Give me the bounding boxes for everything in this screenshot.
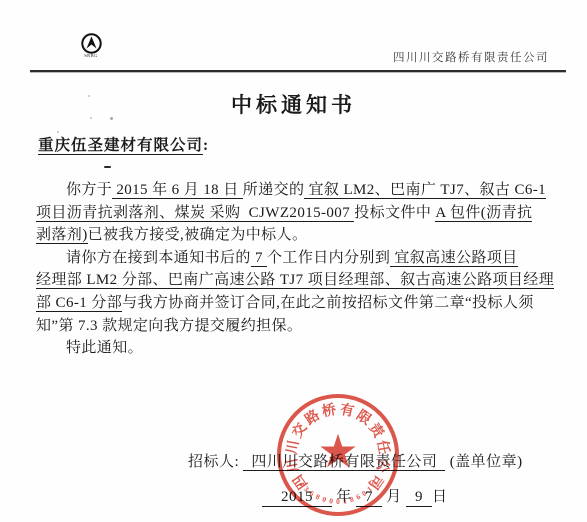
body-text: 与我方协商并签订合同,在此之前按招标文件第二章“投标人须 (122, 295, 534, 311)
filled-blank-text: 2015 年 6 月 18 日 (112, 182, 243, 199)
seal-note: (盖单位章) (450, 454, 523, 470)
body-line: 你方于 2015 年 6 月 18 日 所递交的 宜叙 LM2、巴南广 TJ7、… (36, 179, 563, 202)
date-day-label: 日 (432, 489, 448, 505)
filled-blank-text: 7 (251, 250, 267, 267)
seal-arc-char: 川 (284, 455, 304, 474)
seal-star-icon: ★ (317, 429, 358, 475)
date-day: 9 (406, 489, 432, 507)
seal-arc-char: 任 (372, 437, 392, 456)
body-line: 经理部 LM2 分部、巴南广高速公路 TJ7 项目经理部、叙古高速公路项目经理 (36, 269, 563, 292)
scan-speck (90, 117, 92, 119)
scan-mark (104, 166, 111, 168)
header-divider (30, 70, 566, 72)
addressee-colon: : (203, 137, 209, 154)
header-company-name: 四川川交路桥有限责任公司 (393, 49, 549, 65)
body-text: 已被我方接受,被确定为中标人。 (88, 227, 308, 243)
filled-blank-text: 经理部 LM2 分部、巴南广高速公路 TJ7 项目经理部、叙古高速公路项目经理 (36, 272, 554, 289)
company-seal: ★ 四川川交路桥有限责任公司5106810008634 (277, 394, 399, 516)
body-text: 特此通知。 (66, 340, 143, 356)
filled-blank-text: 项目沥青抗剥落剂、煤炭 采购 CJWZ2015-007 (36, 205, 354, 222)
filled-blank-text: 宜叙 LM2、巴南广 TJ7、叙古 C6-1 (304, 182, 546, 199)
body-line: 部 C6-1 分部与我方协商并签订合同,在此之前按招标文件第二章“投标人须 (36, 292, 563, 315)
letter-body: 你方于 2015 年 6 月 18 日 所递交的 宜叙 LM2、巴南广 TJ7、… (36, 179, 563, 360)
body-text: 所递交的 (243, 182, 305, 198)
body-line: 特此通知。 (36, 337, 563, 360)
document-page: SRBG 四川川交路桥有限责任公司 中标通知书 重庆伍圣建材有限公司: 你方于 … (0, 0, 587, 522)
body-text: 你方于 (66, 182, 112, 198)
scan-speck (88, 95, 90, 97)
scan-speck (110, 117, 113, 120)
filled-blank-text: 剥落剂) (36, 227, 88, 244)
body-line: 知”第 7.3 款规定向我方提交履约担保。 (36, 315, 563, 338)
company-logo-icon (81, 33, 102, 54)
body-text: 个工作日内分别到 (267, 250, 390, 266)
body-line: 剥落剂)已被我方接受,被确定为中标人。 (36, 224, 563, 247)
company-logo-caption: SRBG (78, 54, 105, 59)
body-text: 投标文件中 (354, 205, 435, 221)
company-logo: SRBG (76, 33, 106, 59)
filled-blank-text: 宜叙高速公路项目 (390, 250, 517, 267)
bidder-label: 招标人: (188, 454, 239, 470)
filled-blank-text: 部 C6-1 分部 (36, 295, 122, 312)
addressee-name: 重庆伍圣建材有限公司 (38, 137, 203, 155)
seal-arc-char: 桥 (320, 401, 339, 421)
body-text: 请你方在接到本通知书后的 (66, 250, 251, 266)
page-title: 中标通知书 (0, 89, 587, 119)
filled-blank-text: A 包件(沥青抗 (435, 205, 532, 222)
body-text: 知”第 7.3 款规定向我方提交履约担保。 (36, 318, 302, 334)
body-line: 请你方在接到本通知书后的 7 个工作日内分别到 宜叙高速公路项目 (36, 247, 563, 270)
addressee-line: 重庆伍圣建材有限公司: (38, 133, 209, 155)
body-line: 项目沥青抗剥落剂、煤炭 采购 CJWZ2015-007 投标文件中 A 包件(沥… (36, 202, 563, 225)
